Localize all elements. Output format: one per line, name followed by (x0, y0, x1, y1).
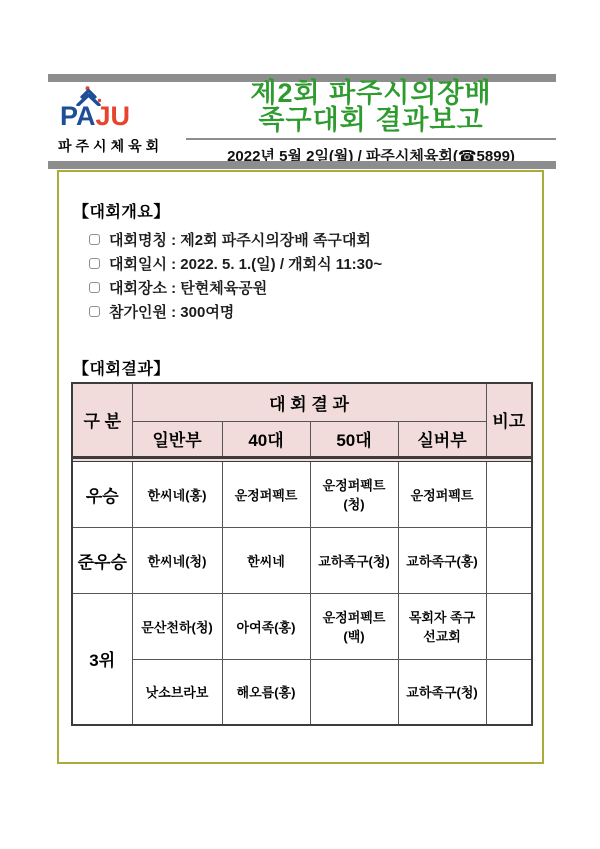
checkbox-icon (89, 234, 100, 245)
paju-logo: PAJU 파주시체육회 (58, 86, 184, 156)
overview-item-text: 참가인원 : 300여명 (109, 301, 234, 322)
report-page: PAJU 파주시체육회 제2회 파주시의장배 족구대회 결과보고 2022년 5… (0, 0, 600, 849)
result-cell: 운정퍼펙트(청) (310, 461, 398, 527)
results-table: 구 분 대 회 결 과 비고 일반부 40대 50대 실버부 우승 한씨네(홍)… (71, 382, 533, 726)
overview-item: 참가인원 : 300여명 (89, 299, 382, 323)
table-row-winner: 우승 한씨네(홍) 운정퍼펙트 운정퍼펙트(청) 운정퍼펙트 (72, 461, 532, 527)
result-cell: 한씨네 (222, 527, 310, 593)
report-title-line1: 제2회 파주시의장배 (186, 80, 556, 107)
result-cell: 해오름(홍) (222, 659, 310, 725)
checkbox-icon (89, 306, 100, 317)
note-cell (486, 527, 532, 593)
header-cell-results-group: 대 회 결 과 (132, 383, 486, 421)
header-cell-division: 40대 (222, 421, 310, 457)
table-header-row-1: 구 분 대 회 결 과 비고 (72, 383, 532, 421)
result-cell: 교하족구(청) (310, 527, 398, 593)
rank-cell: 준우승 (72, 527, 132, 593)
result-cell: 운정퍼펙트 (398, 461, 486, 527)
header-cell-category: 구 분 (72, 383, 132, 457)
result-cell (310, 659, 398, 725)
result-cell: 낫소브라보 (132, 659, 222, 725)
table-header-row-2: 일반부 40대 50대 실버부 (72, 421, 532, 457)
mid-divider-bar (48, 161, 556, 169)
result-cell: 목회자 족구 선교회 (398, 593, 486, 659)
result-cell: 교하족구(청) (398, 659, 486, 725)
overview-item: 대회명칭 : 제2회 파주시의장배 족구대회 (89, 227, 382, 251)
paju-mountain-icon (74, 86, 104, 106)
overview-item: 대회일시 : 2022. 5. 1.(일) / 개회식 11:30~ (89, 251, 382, 275)
result-cell: 아여족(홍) (222, 593, 310, 659)
note-cell (486, 461, 532, 527)
header-cell-division: 50대 (310, 421, 398, 457)
result-cell: 한씨네(홍) (132, 461, 222, 527)
results-section-title: 【대회결과】 (73, 356, 170, 379)
overview-item: 대회장소 : 탄현체육공원 (89, 275, 382, 299)
header-cell-note: 비고 (486, 383, 532, 457)
checkbox-icon (89, 258, 100, 269)
table-row-runnerup: 준우승 한씨네(청) 한씨네 교하족구(청) 교하족구(홍) (72, 527, 532, 593)
rank-cell: 우승 (72, 461, 132, 527)
rank-cell: 3위 (72, 593, 132, 725)
checkbox-icon (89, 282, 100, 293)
overview-item-text: 대회일시 : 2022. 5. 1.(일) / 개회식 11:30~ (109, 253, 382, 274)
org-name: 파주시체육회 (58, 136, 184, 156)
header-cell-division: 일반부 (132, 421, 222, 457)
overview-item-text: 대회명칭 : 제2회 파주시의장배 족구대회 (109, 229, 371, 250)
result-cell: 문산천하(청) (132, 593, 222, 659)
overview-section-title: 【대회개요】 (73, 199, 170, 222)
title-block: 제2회 파주시의장배 족구대회 결과보고 2022년 5월 2일(월) / 파주… (186, 80, 556, 166)
table-row-third-a: 3위 문산천하(청) 아여족(홍) 운정퍼펙트(백) 목회자 족구 선교회 (72, 593, 532, 659)
note-cell (486, 593, 532, 659)
overview-list: 대회명칭 : 제2회 파주시의장배 족구대회 대회일시 : 2022. 5. 1… (89, 227, 382, 323)
table-row-third-b: 낫소브라보 해오름(홍) 교하족구(청) (72, 659, 532, 725)
title-underline (186, 138, 556, 140)
report-title-line2: 족구대회 결과보고 (186, 107, 556, 134)
result-cell: 교하족구(홍) (398, 527, 486, 593)
note-cell (486, 659, 532, 725)
content-box: 【대회개요】 대회명칭 : 제2회 파주시의장배 족구대회 대회일시 : 202… (57, 170, 544, 764)
result-cell: 운정퍼펙트(백) (310, 593, 398, 659)
overview-item-text: 대회장소 : 탄현체육공원 (109, 277, 267, 298)
result-cell: 한씨네(청) (132, 527, 222, 593)
header-cell-division: 실버부 (398, 421, 486, 457)
result-cell: 운정퍼펙트 (222, 461, 310, 527)
